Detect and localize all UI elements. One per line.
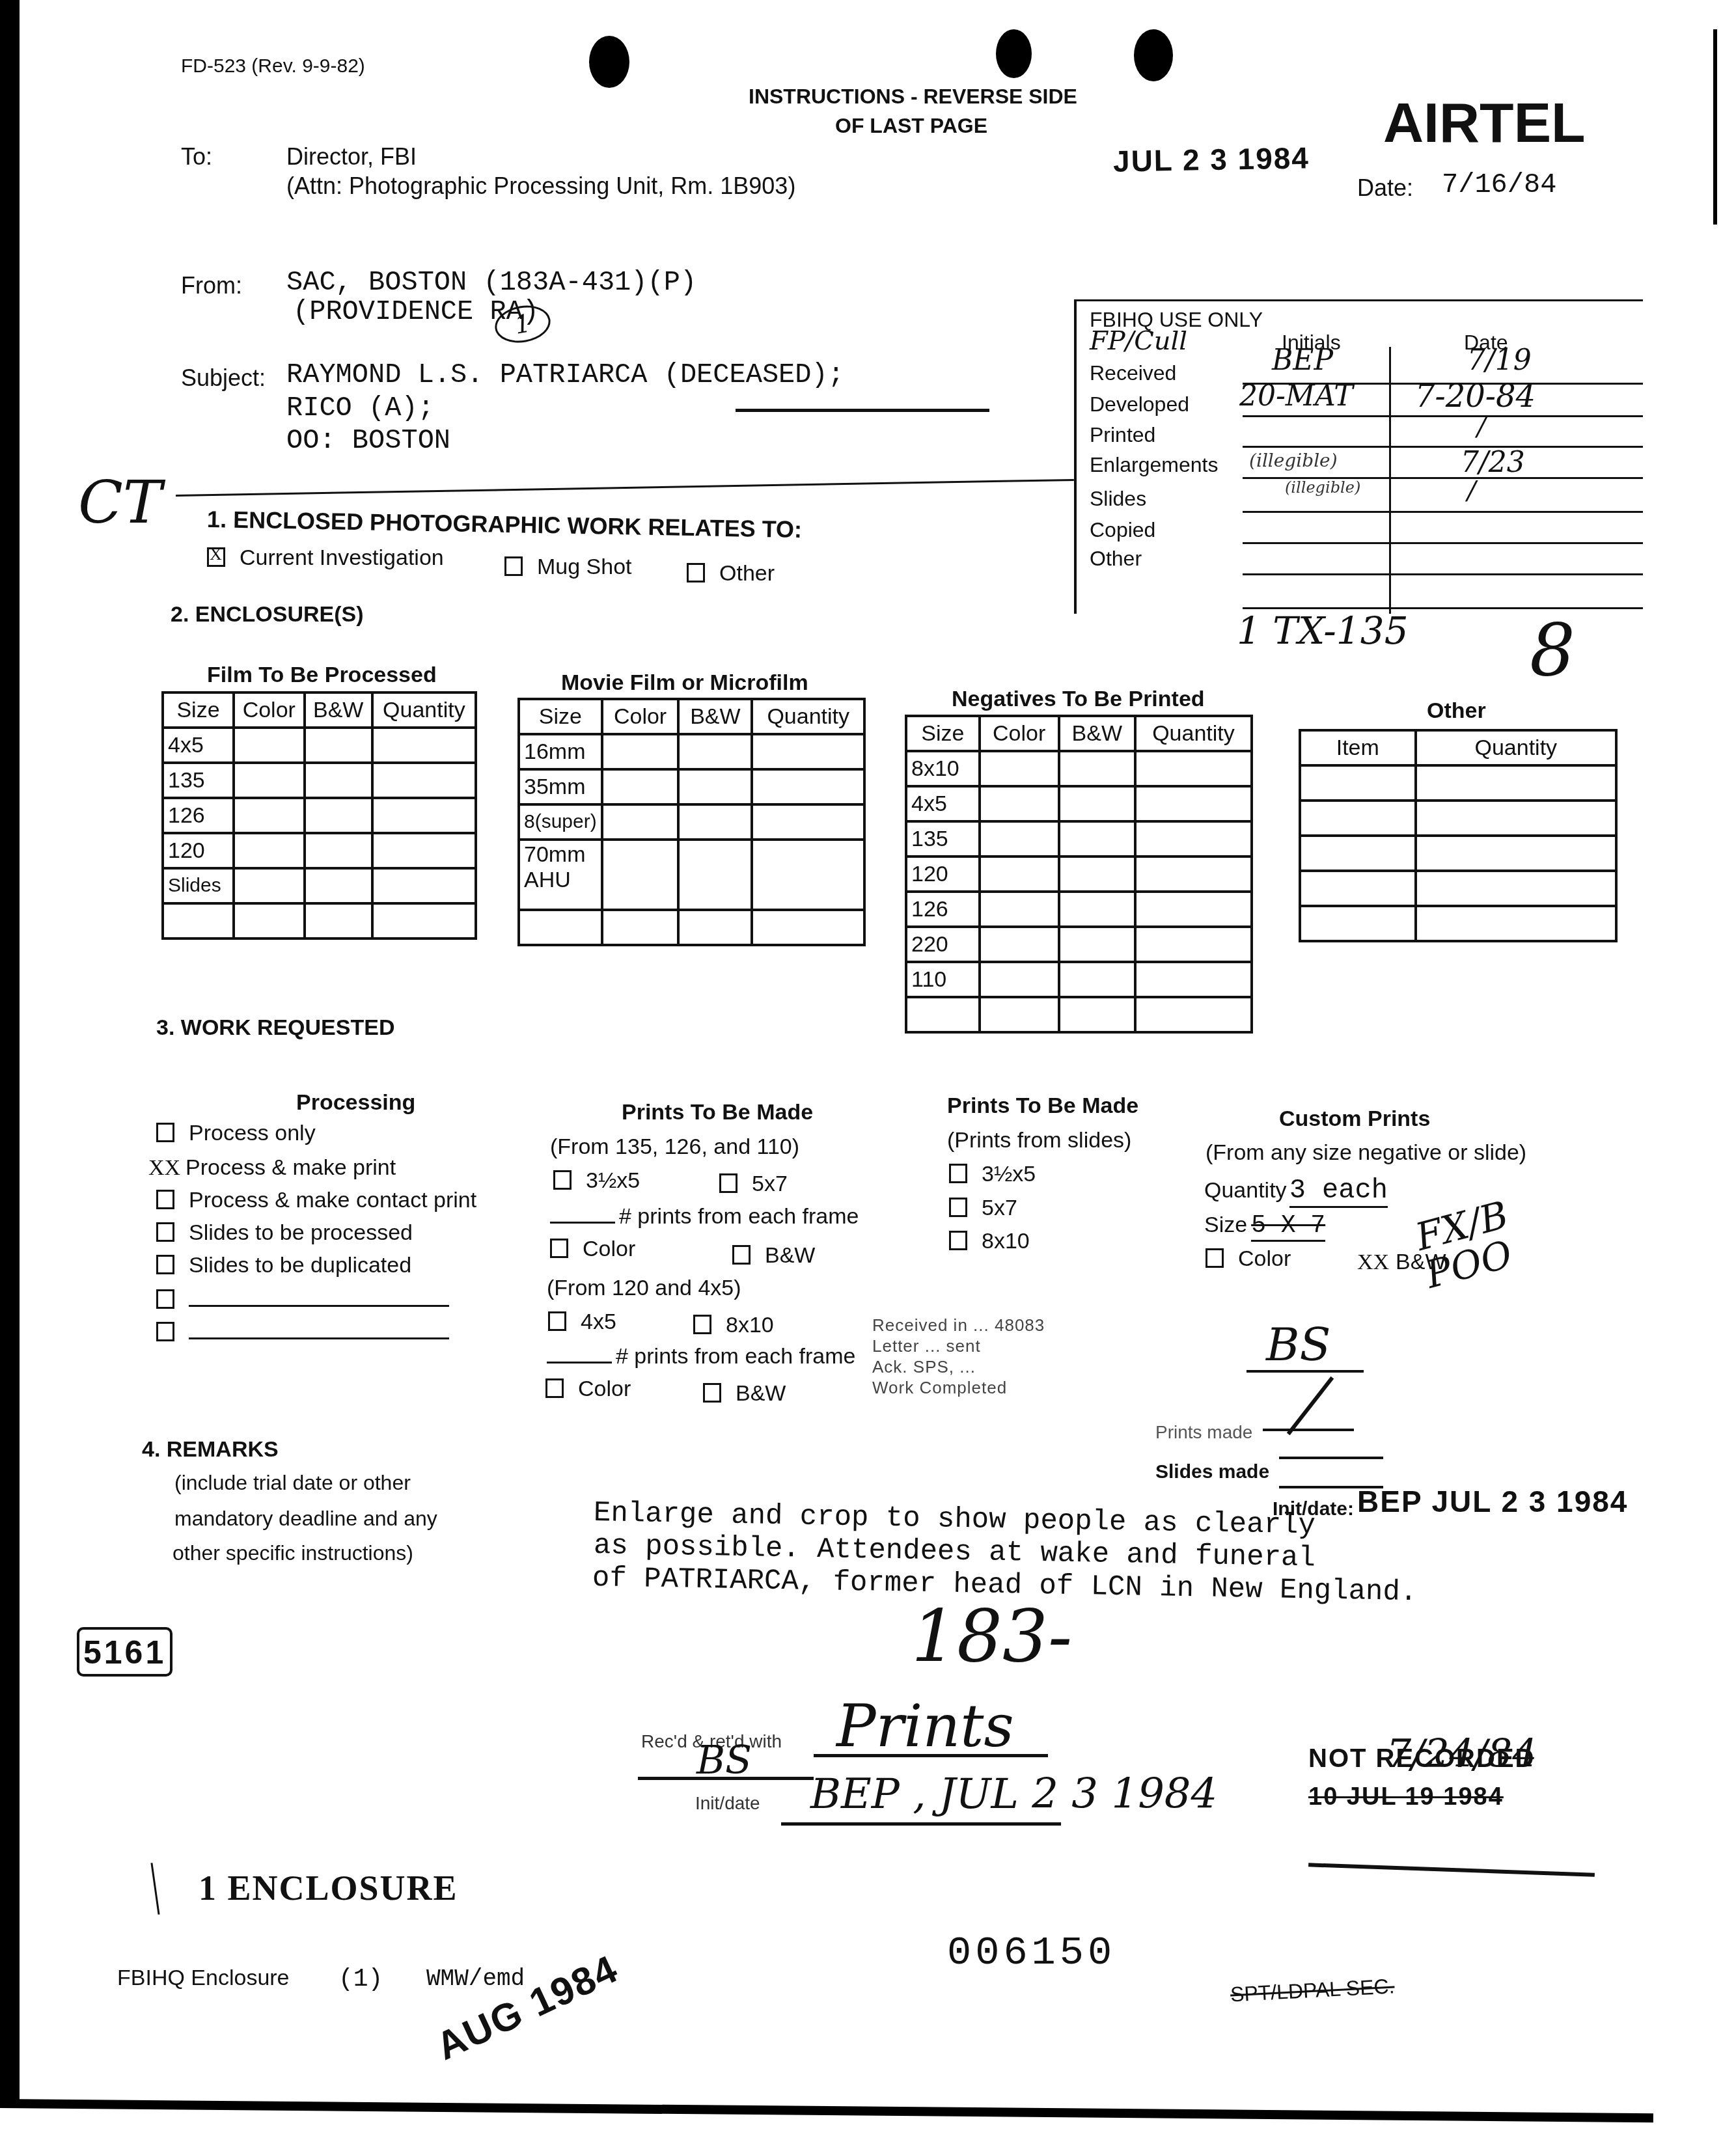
col-header: Quantity [752,699,864,734]
to-line-1: Director, FBI [286,143,417,171]
option-label: 4x5 [581,1309,616,1334]
color-cell[interactable] [234,763,305,798]
color-cell[interactable] [234,868,305,903]
bw-cell[interactable] [305,798,372,833]
quantity-cell[interactable] [372,903,476,938]
work-stamp-initials: BS [1266,1318,1330,1371]
processing-item-blank[interactable] [156,1285,449,1313]
section1-title: 1. ENCLOSED PHOTOGRAPHIC WORK RELATES TO… [207,506,803,543]
negatives-title: Negatives To Be Printed [952,687,1205,712]
quantity-value[interactable]: 3 each [1289,1175,1388,1208]
processing-item[interactable]: Slides to be duplicated [156,1253,411,1278]
received-date-stamp: JUL 2 3 1984 [1113,140,1310,178]
option-label: 5x7 [752,1171,788,1196]
color-cell[interactable] [980,786,1059,821]
option-slide-5x7[interactable]: 5x7 [949,1196,1017,1221]
prints-negatives-title: Prints To Be Made [622,1100,813,1125]
option-label: Other [719,561,775,586]
option-bw-1[interactable]: B&W [732,1243,815,1268]
row-date: / [1467,476,1476,506]
checkbox[interactable] [949,1164,967,1183]
stamp-rule [1308,1863,1595,1876]
checkbox[interactable] [545,1378,564,1398]
bw-cell[interactable] [1059,821,1135,856]
col-header: Size [519,699,602,734]
not-recorded-handwritten: 7/24/84 [1386,1731,1537,1777]
color-cell[interactable] [234,833,305,868]
option-8x10[interactable]: 8x10 [693,1313,774,1338]
custom-size[interactable]: Size5 X 7 [1204,1212,1325,1242]
option-label: B&W [736,1381,786,1406]
item-cell[interactable] [1300,765,1416,801]
item-label: Process & make print [186,1155,396,1180]
custom-quantity[interactable]: Quantity3 each [1204,1175,1388,1208]
col-header: Quantity [372,692,476,728]
stamp-line: Work Completed [872,1377,1045,1398]
prints-per-frame-2[interactable]: # prints from each frame [547,1344,855,1369]
serial-number: 006150 [947,1930,1116,1976]
stamp-rule [1247,1370,1364,1373]
doc-type-title: AIRTEL [1383,91,1586,156]
scan-left-edge [0,0,20,2105]
bw-cell[interactable] [1059,856,1135,892]
bw-cell[interactable] [678,910,752,945]
prints-made-line [1279,1457,1383,1459]
row-initials: (illegible) [1285,478,1360,497]
typist-initials: WMW/emd [426,1966,525,1992]
bw-cell[interactable] [1059,962,1135,997]
table-row [1300,836,1616,871]
date-label: Date: [1357,174,1413,202]
prints-sub-1: (From 135, 126, and 110) [550,1134,799,1160]
enclosure-count: (1) [338,1966,383,1993]
bw-cell[interactable] [1059,751,1135,786]
remarks-hint-3: other specific instructions) [172,1541,413,1565]
size-cell: 135 [163,763,234,798]
row-rule [1243,542,1643,544]
from-line-1: SAC, BOSTON (183A-431)(P) [286,267,696,298]
subject-label: Subject: [181,364,266,392]
row-label: Received [1090,361,1176,385]
quantity-label: Quantity [1204,1178,1287,1203]
to-line-2: (Attn: Photographic Processing Unit, Rm.… [286,172,795,200]
table-row: Slides [163,868,476,903]
item-label: Slides to be duplicated [189,1253,411,1278]
row-label: Printed [1090,423,1155,447]
table-row: 8(super) [519,804,864,840]
bw-cell[interactable] [678,804,752,840]
processing-item-checked[interactable]: XXProcess & make print [148,1155,396,1181]
fbihq-use-box: FBIHQ USE ONLY FP/Cull Initials Date Rec… [1074,299,1643,614]
col-header: B&W [305,692,372,728]
item-cell[interactable] [1300,801,1416,836]
option-bw-2[interactable]: B&W [703,1381,786,1406]
quantity-cell[interactable] [1416,765,1616,801]
table-row [1300,871,1616,906]
size-cell: 4x5 [906,786,980,821]
film-processed-table: SizeColorB&WQuantity 4x5 135 126 120 Sli… [161,691,477,940]
option-label: Mug Shot [537,555,632,579]
table-row: 126 [163,798,476,833]
bw-cell[interactable] [1059,892,1135,927]
size-cell[interactable] [163,903,234,938]
size-cell: 126 [906,892,980,927]
subject-line-1: RAYMOND L.S. PATRIARCA (DECEASED); [286,359,844,390]
quantity-cell[interactable] [1135,751,1252,786]
row-rule [1243,573,1643,575]
custom-prints-title: Custom Prints [1279,1106,1430,1132]
table-row: 16mm [519,734,864,769]
item-label: Slides to be processed [189,1220,413,1245]
row-rule [1243,511,1643,513]
quantity-cell[interactable] [372,833,476,868]
size-cell: 120 [906,856,980,892]
option-3half-x5[interactable]: 3½x5 [553,1168,640,1194]
col-header: Size [163,692,234,728]
quantity-cell[interactable] [1416,906,1616,941]
prints-made-label: Prints made [1155,1422,1252,1443]
quantity-cell[interactable] [1135,856,1252,892]
option-label: Current Investigation [240,545,444,570]
per-frame-label: # prints from each frame [619,1204,859,1229]
size-cell: 35mm [519,769,602,804]
prints-per-frame-1[interactable]: # prints from each frame [550,1204,859,1229]
init-date-value-footer: BEP , JUL 2 3 1984 [810,1770,1217,1818]
quantity-cell[interactable] [1416,801,1616,836]
punch-hole-mark [1134,29,1173,81]
option-mug-shot[interactable]: Mug Shot [504,555,632,580]
checkbox[interactable] [156,1322,174,1341]
size-label: Size [1204,1213,1247,1237]
col-header: Color [602,699,679,734]
fbihq-enclosure-label: FBIHQ Enclosure [117,1966,290,1991]
checkbox[interactable] [553,1170,572,1190]
punch-hole-mark [589,36,629,88]
per-frame-label: # prints from each frame [616,1344,855,1369]
table-row: 8x10 [906,751,1252,786]
size-cell: 8(super) [519,804,602,840]
other-title: Other [1427,698,1486,724]
checkbox[interactable] [156,1289,174,1309]
size-value[interactable]: 5 X 7 [1251,1212,1325,1242]
size-cell[interactable] [519,910,602,945]
quantity-cell[interactable] [1416,836,1616,871]
col-header: Size [906,716,980,751]
per-frame-input[interactable] [547,1346,612,1363]
row-date: 7-20-84 [1415,378,1536,415]
color-cell[interactable] [234,903,305,938]
date-value: 7/16/84 [1442,169,1556,200]
bw-cell[interactable] [678,734,752,769]
handwritten-slash [1287,1377,1334,1435]
bw-cell[interactable] [1059,786,1135,821]
box-number: 5161 [77,1627,172,1677]
table-row: 135 [906,821,1252,856]
option-color-2[interactable]: Color [545,1377,631,1402]
checkbox[interactable] [949,1231,967,1250]
table-row: 135 [163,763,476,798]
quantity-cell[interactable] [1135,962,1252,997]
table-row: 70mm AHU [519,840,864,910]
color-cell[interactable] [980,856,1059,892]
aug-date-stamp: AUG 1984 [429,1946,625,2069]
blank-field[interactable] [189,1285,449,1307]
option-label: 5x7 [982,1196,1017,1220]
quantity-cell[interactable] [752,769,864,804]
table-row: 4x5 [906,786,1252,821]
item-label: Process only [189,1121,316,1145]
row-date: 7/19 [1467,344,1532,377]
row-initials: (illegible) [1249,450,1338,471]
color-cell[interactable] [980,927,1059,962]
processing-item[interactable]: Slides to be processed [156,1220,413,1246]
row-rule [1243,446,1643,448]
table-row [906,997,1252,1032]
option-slide-3half-x5[interactable]: 3½x5 [949,1162,1036,1187]
option-label: Color [583,1237,635,1261]
option-current-investigation[interactable]: Current Investigation [207,545,444,571]
remarks-hint-1: (include trial date or other [174,1471,411,1495]
option-label: 3½x5 [982,1162,1036,1186]
bw-cell[interactable] [678,840,752,910]
option-label: Color [578,1377,631,1401]
col-header: Quantity [1135,716,1252,751]
movie-film-table: SizeColorB&WQuantity 16mm 35mm 8(super) … [517,698,866,946]
quantity-cell[interactable] [1135,821,1252,856]
subject-underline [736,409,989,412]
checkbox[interactable] [693,1315,711,1334]
enclosure-tick [150,1863,159,1915]
color-cell[interactable] [602,910,679,945]
film-processed-title: Film To Be Processed [207,663,437,688]
item-cell[interactable] [1300,836,1416,871]
item-cell[interactable] [1300,871,1416,906]
quantity-cell[interactable] [372,868,476,903]
stamp-line: Letter ... sent [872,1336,1045,1356]
table-row [1300,906,1616,941]
quantity-cell[interactable] [372,763,476,798]
quantity-cell[interactable] [1135,786,1252,821]
bw-cell[interactable] [1059,997,1135,1032]
instructions-line-1: INSTRUCTIONS - REVERSE SIDE [749,85,1077,109]
subject-line-2: RICO (A); [286,392,434,424]
size-cell: 120 [163,833,234,868]
size-cell: 4x5 [163,728,234,763]
size-cell: 16mm [519,734,602,769]
checkbox[interactable] [156,1255,174,1274]
negatives-table: SizeColorB&WQuantity 8x10 4x5 135 120 12… [905,715,1253,1034]
xx-mark: XX [1357,1250,1389,1274]
quantity-cell[interactable] [752,734,864,769]
color-cell[interactable] [234,798,305,833]
init-date-label-footer: Init/date [695,1793,760,1814]
section-divider [176,479,1074,497]
movie-film-title: Movie Film or Microfilm [561,670,808,696]
bw-cell[interactable] [305,763,372,798]
row-label: Developed [1090,392,1189,417]
size-cell: 110 [906,962,980,997]
size-cell: 70mm AHU [519,840,602,910]
table-row [1300,765,1616,801]
checkbox[interactable] [949,1198,967,1217]
color-cell[interactable] [980,892,1059,927]
custom-handwritten-note: FX/B POO [1412,1179,1583,1295]
col-header: Item [1300,730,1416,765]
scan-right-edge [1713,29,1717,225]
item-label: Process & make contact print [189,1188,476,1213]
table-row: 4x5 [163,728,476,763]
bw-cell[interactable] [305,833,372,868]
quantity-cell[interactable] [752,910,864,945]
punch-hole-mark [996,29,1032,78]
option-slide-8x10[interactable]: 8x10 [949,1229,1030,1254]
option-other[interactable]: Other [687,561,775,586]
bw-cell[interactable] [305,903,372,938]
to-label: To: [181,143,212,171]
size-cell: 8x10 [906,751,980,786]
custom-prints-sub: (From any size negative or slide) [1206,1140,1526,1166]
section3-title: 3. WORK REQUESTED [156,1015,394,1041]
checkbox[interactable] [156,1190,174,1209]
item-cell[interactable] [1300,906,1416,941]
checkbox[interactable] [1206,1248,1224,1268]
table-row [163,903,476,938]
per-frame-input[interactable] [550,1206,615,1224]
checkbox[interactable] [550,1239,568,1258]
table-row: 35mm [519,769,864,804]
quantity-cell[interactable] [752,840,864,910]
option-4x5[interactable]: 4x5 [548,1309,616,1335]
instructions-line-2: OF LAST PAGE [835,114,987,138]
color-cell[interactable] [602,769,679,804]
quantity-cell[interactable] [1135,892,1252,927]
processing-item[interactable]: Process & make contact print [156,1188,476,1213]
init-date-value: BEP JUL 2 3 1984 [1357,1484,1628,1519]
scan-bottom-edge [0,2099,1653,2122]
custom-color-option[interactable]: Color [1206,1246,1291,1272]
checkbox[interactable] [732,1245,751,1265]
table-row [1300,801,1616,836]
init-date-rule [781,1822,1061,1826]
not-recorded-date: 10 JUL 19 1984 [1308,1783,1504,1811]
col-header: B&W [678,699,752,734]
color-cell[interactable] [980,997,1059,1032]
size-cell: 220 [906,927,980,962]
section4-title: 4. REMARKS [142,1437,279,1462]
fbihq-annotation: FP/Cull [1090,326,1187,356]
bw-cell[interactable] [678,769,752,804]
option-color-1[interactable]: Color [550,1237,635,1262]
option-label: B&W [765,1243,815,1268]
row-date: 7/23 [1461,446,1525,479]
recd-rule [814,1754,1048,1757]
enclosure-stamp: 1 ENCLOSURE [199,1868,458,1908]
checkbox[interactable] [504,556,523,576]
handwritten-count: 8 [1530,609,1575,692]
row-label: Other [1090,547,1142,571]
table-row: 220 [906,927,1252,962]
table-row [519,910,864,945]
col-header: Quantity [1416,730,1616,765]
row-date: / [1477,412,1485,442]
option-label: 8x10 [982,1229,1030,1254]
from-label: From: [181,272,242,299]
stamp-line: Received in ... 48083 [872,1315,1045,1336]
slides-made-label: Slides made [1155,1461,1269,1483]
row-label: Copied [1090,518,1155,542]
quantity-cell[interactable] [1135,927,1252,962]
option-5x7[interactable]: 5x7 [719,1171,788,1197]
processing-item[interactable]: Process only [156,1121,316,1146]
col-header: B&W [1059,716,1135,751]
file-number: 183- [911,1595,1072,1678]
col-header: Color [234,692,305,728]
bw-cell[interactable] [1059,927,1135,962]
quantity-cell[interactable] [1416,871,1616,906]
table-row: 120 [163,833,476,868]
bw-cell[interactable] [305,868,372,903]
quantity-cell[interactable] [372,728,476,763]
processing-item-blank[interactable] [156,1318,449,1345]
checkbox[interactable] [156,1123,174,1142]
bw-cell[interactable] [305,728,372,763]
color-cell[interactable] [980,962,1059,997]
row-rule [1243,415,1643,417]
color-cell[interactable] [980,821,1059,856]
prints-slides-sub: (Prints from slides) [947,1128,1131,1153]
remarks-hint-2: mandatory deadline and any [174,1507,437,1531]
work-received-stamp: Received in ... 48083 Letter ... sent Ac… [872,1315,1045,1398]
option-label: 8x10 [726,1313,774,1337]
row-label: Enlargements [1090,453,1218,477]
row-initials: BEP [1272,344,1333,377]
row-initials: 20-MAT [1239,379,1353,413]
prints-sub-2: (From 120 and 4x5) [547,1276,741,1301]
processing-title: Processing [296,1090,415,1116]
table-row: 126 [906,892,1252,927]
size-cell: 135 [906,821,980,856]
section-stamp: SPT/LDPAL SEC. [1230,1974,1395,2007]
row-label: Slides [1090,487,1146,511]
option-label: 3½x5 [586,1168,640,1193]
quantity-cell[interactable] [372,798,476,833]
form-number: FD-523 (Rev. 9-9-82) [181,55,365,77]
color-cell[interactable] [602,804,679,840]
color-cell[interactable] [980,751,1059,786]
size-cell: Slides [163,868,234,903]
color-cell[interactable] [602,734,679,769]
table-row: 120 [906,856,1252,892]
color-cell[interactable] [602,840,679,910]
checkbox[interactable] [703,1383,721,1403]
checkbox[interactable] [156,1222,174,1242]
checkbox[interactable] [687,563,705,582]
checkbox[interactable] [719,1173,737,1193]
margin-note: CT [78,469,162,537]
col-header: Color [980,716,1059,751]
checkbox-checked[interactable] [207,547,225,567]
blank-field[interactable] [189,1318,449,1339]
color-cell[interactable] [234,728,305,763]
quantity-cell[interactable] [1135,997,1252,1032]
xx-mark: XX [148,1156,180,1180]
checkbox[interactable] [548,1311,566,1331]
quantity-cell[interactable] [752,804,864,840]
subject-line-3: OO: BOSTON [286,425,450,456]
size-cell[interactable] [906,997,980,1032]
stamp-line: Ack. SPS, ... [872,1356,1045,1377]
other-table: ItemQuantity [1299,729,1618,942]
